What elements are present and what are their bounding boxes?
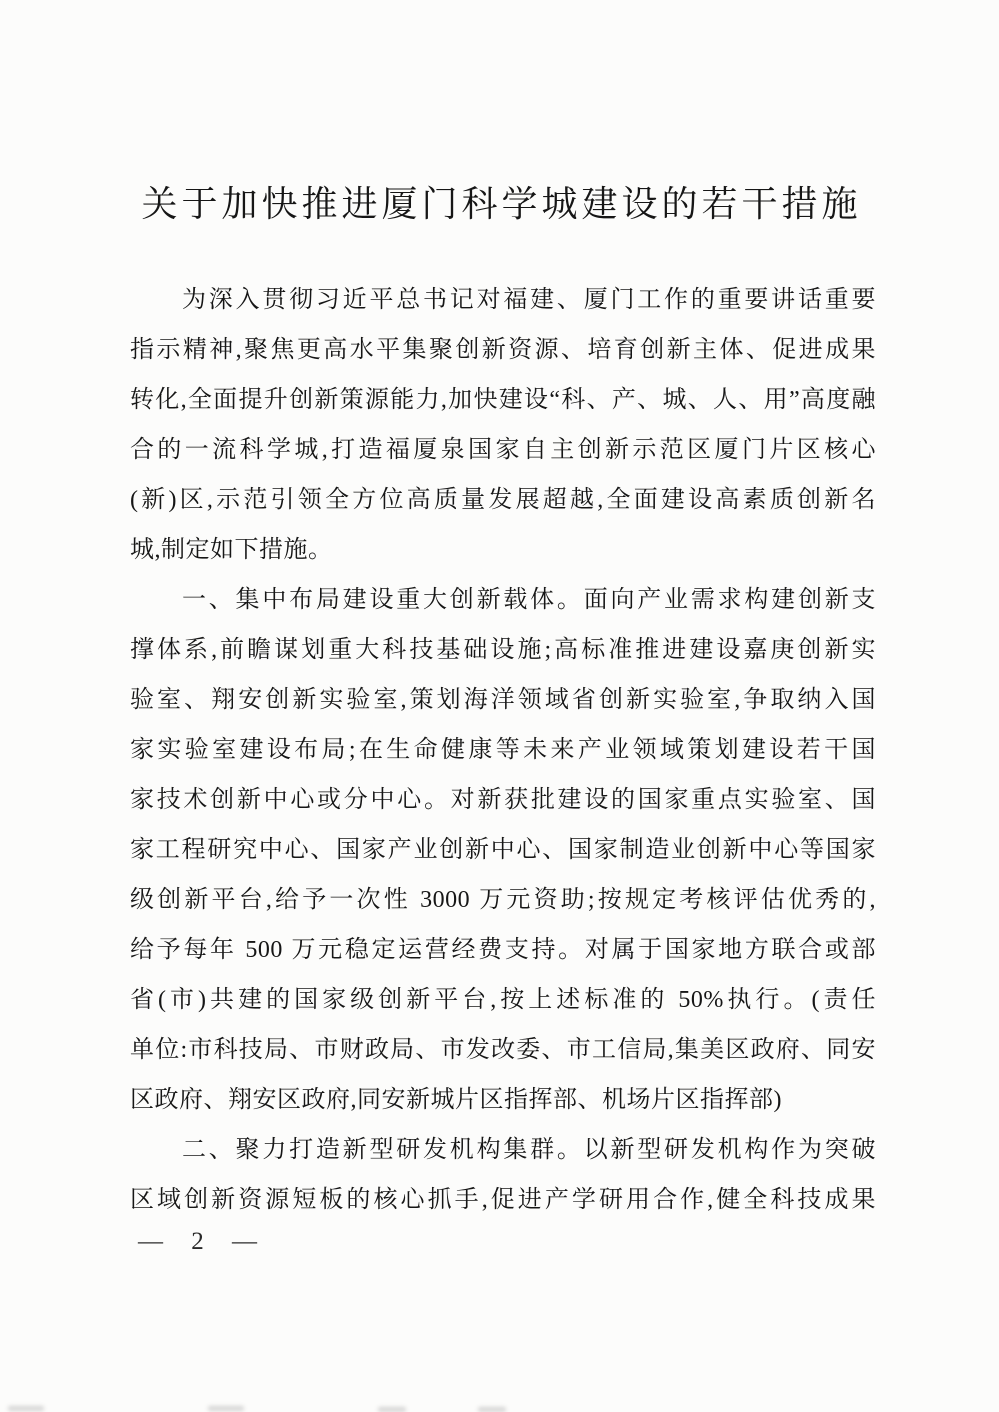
- body-line: 合的一流科学城,打造福厦泉国家自主创新示范区厦门片区核心: [130, 425, 876, 475]
- body-line: 家工程研究中心、国家产业创新中心、国家制造业创新中心等国家: [130, 825, 876, 875]
- body-line: 为深入贯彻习近平总书记对福建、厦门工作的重要讲话重要: [130, 275, 876, 325]
- body-line: 省(市)共建的国家级创新平台,按上述标准的 50%执行。(责任: [130, 975, 876, 1025]
- body-line: (新)区,示范引领全方位高质量发展超越,全面建设高素质创新名: [130, 475, 876, 525]
- body-line: 指示精神,聚焦更高水平集聚创新资源、培育创新主体、促进成果: [130, 325, 876, 375]
- body-line: 撑体系,前瞻谋划重大科技基础设施;高标准推进建设嘉庚创新实: [130, 625, 876, 675]
- body-line: 验室、翔安创新实验室,策划海洋领域省创新实验室,争取纳入国: [130, 675, 876, 725]
- page-number: — 2 —: [138, 1217, 259, 1267]
- body-line: 一、集中布局建设重大创新载体。面向产业需求构建创新支: [130, 575, 876, 625]
- scan-artifact: [208, 1406, 244, 1411]
- body-line: 家技术创新中心或分中心。对新获批建设的国家重点实验室、国: [130, 775, 876, 825]
- scan-artifact: [8, 1406, 44, 1411]
- body-line: 城,制定如下措施。: [130, 525, 876, 575]
- scan-artifact: [378, 1407, 406, 1412]
- body-line: 家实验室建设布局;在生命健康等未来产业领域策划建设若干国: [130, 725, 876, 775]
- scan-artifact: [478, 1407, 506, 1412]
- document-page: 关于加快推进厦门科学城建设的若干措施 为深入贯彻习近平总书记对福建、厦门工作的重…: [0, 0, 999, 1412]
- body-line: 区政府、翔安区政府,同安新城片区指挥部、机场片区指挥部): [130, 1075, 876, 1125]
- body-line: 级创新平台,给予一次性 3000 万元资助;按规定考核评估优秀的,: [130, 875, 876, 925]
- body-line: 给予每年 500 万元稳定运营经费支持。对属于国家地方联合或部: [130, 925, 876, 975]
- body-line: 转化,全面提升创新策源能力,加快建设“科、产、城、人、用”高度融: [130, 375, 876, 425]
- body-line: 单位:市科技局、市财政局、市发改委、市工信局,集美区政府、同安: [130, 1025, 876, 1075]
- document-body: 为深入贯彻习近平总书记对福建、厦门工作的重要讲话重要 指示精神,聚焦更高水平集聚…: [130, 275, 876, 1225]
- document-title: 关于加快推进厦门科学城建设的若干措施: [0, 176, 999, 232]
- body-line: 二、聚力打造新型研发机构集群。以新型研发机构作为突破: [130, 1125, 876, 1175]
